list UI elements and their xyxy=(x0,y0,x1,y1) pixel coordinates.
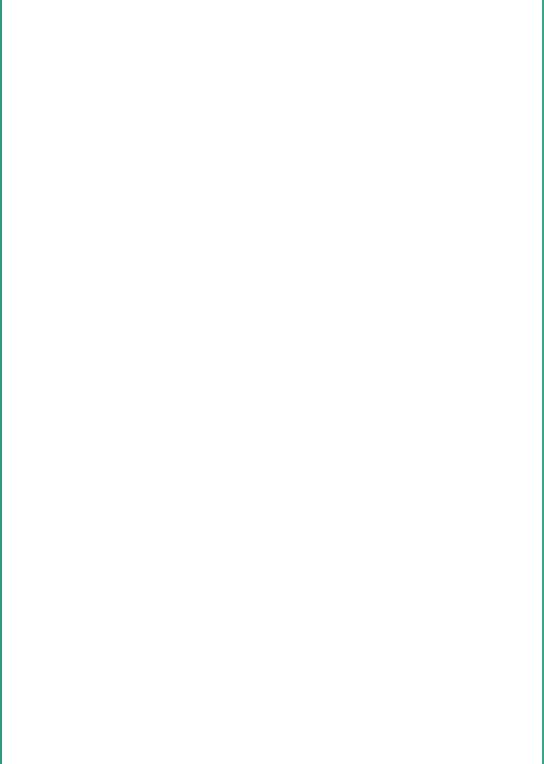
document-page xyxy=(0,0,544,764)
